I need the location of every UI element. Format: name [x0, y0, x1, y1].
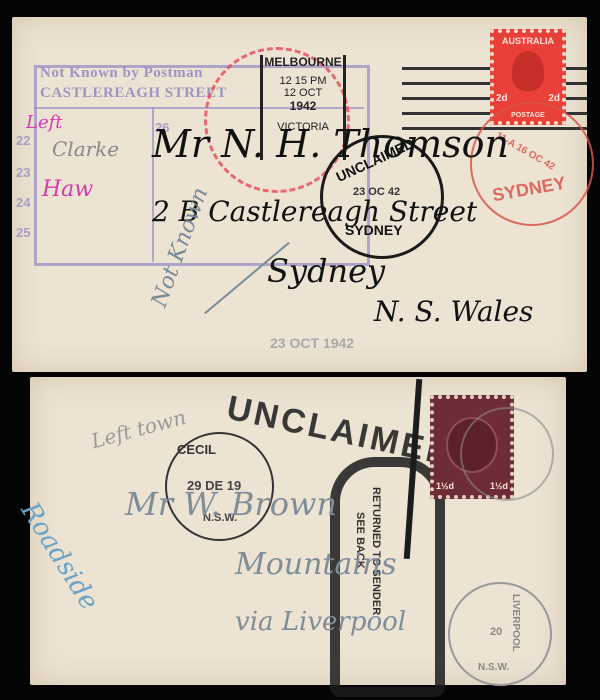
envelope-bottom: Left town Roadside CECIL 29 DE 19 N.S.W.…: [30, 377, 566, 685]
cachet-row: 23: [16, 165, 30, 180]
cachet-line1: Not Known by Postman: [40, 65, 203, 82]
postmark-town: LIVERPOOL: [510, 594, 521, 652]
pencil-note-left-town: Left town: [89, 405, 189, 453]
cancel-year: 1942: [263, 99, 343, 113]
cachet-row: 22: [16, 133, 30, 148]
cachet-line2: CASTLEREAGH STREET: [40, 85, 227, 102]
address-line1: Mr N. H. Thomson: [152, 122, 509, 166]
liverpool-postmark: LIVERPOOL 20 N.S.W.: [448, 582, 552, 686]
cachet-row: 25: [16, 225, 30, 240]
stamp-value: 1½d: [436, 481, 454, 491]
postmark-city: SYDNEY: [491, 173, 568, 207]
stamp-country: AUSTRALIA: [494, 36, 562, 46]
stamp-postmark: [460, 407, 554, 501]
cancel-city: MELBOURNE: [263, 55, 343, 69]
address-line4: N. S. Wales: [374, 295, 533, 328]
address-line3: Sydney: [267, 252, 385, 290]
portrait-icon: [512, 51, 544, 91]
postmark-date: 20: [490, 626, 502, 638]
envelope-top: Not Known by Postman CASTLEREAGH STREET …: [12, 17, 587, 372]
postmark-town: CECIL: [177, 442, 216, 457]
address-line2: Mountains: [235, 547, 397, 582]
postmark-state: N.S.W.: [478, 662, 509, 673]
cachet-row: 24: [16, 195, 30, 210]
date-stamp: 23 OCT 1942: [270, 335, 354, 351]
address-line1: Mr W. Brown: [125, 485, 337, 523]
stamp-value: 2d: [496, 93, 508, 104]
stamp-value: 2d: [548, 93, 560, 104]
cancel-time: 12 15 PM: [263, 75, 343, 87]
pink-note: Haw: [42, 177, 93, 202]
pencil-note: Clarke: [52, 137, 119, 161]
pink-note: Left: [26, 112, 63, 133]
address-line3: via Liverpool: [235, 607, 406, 637]
blue-note-roadside: Roadside: [15, 497, 105, 616]
cancel-date: 12 OCT: [263, 87, 343, 99]
